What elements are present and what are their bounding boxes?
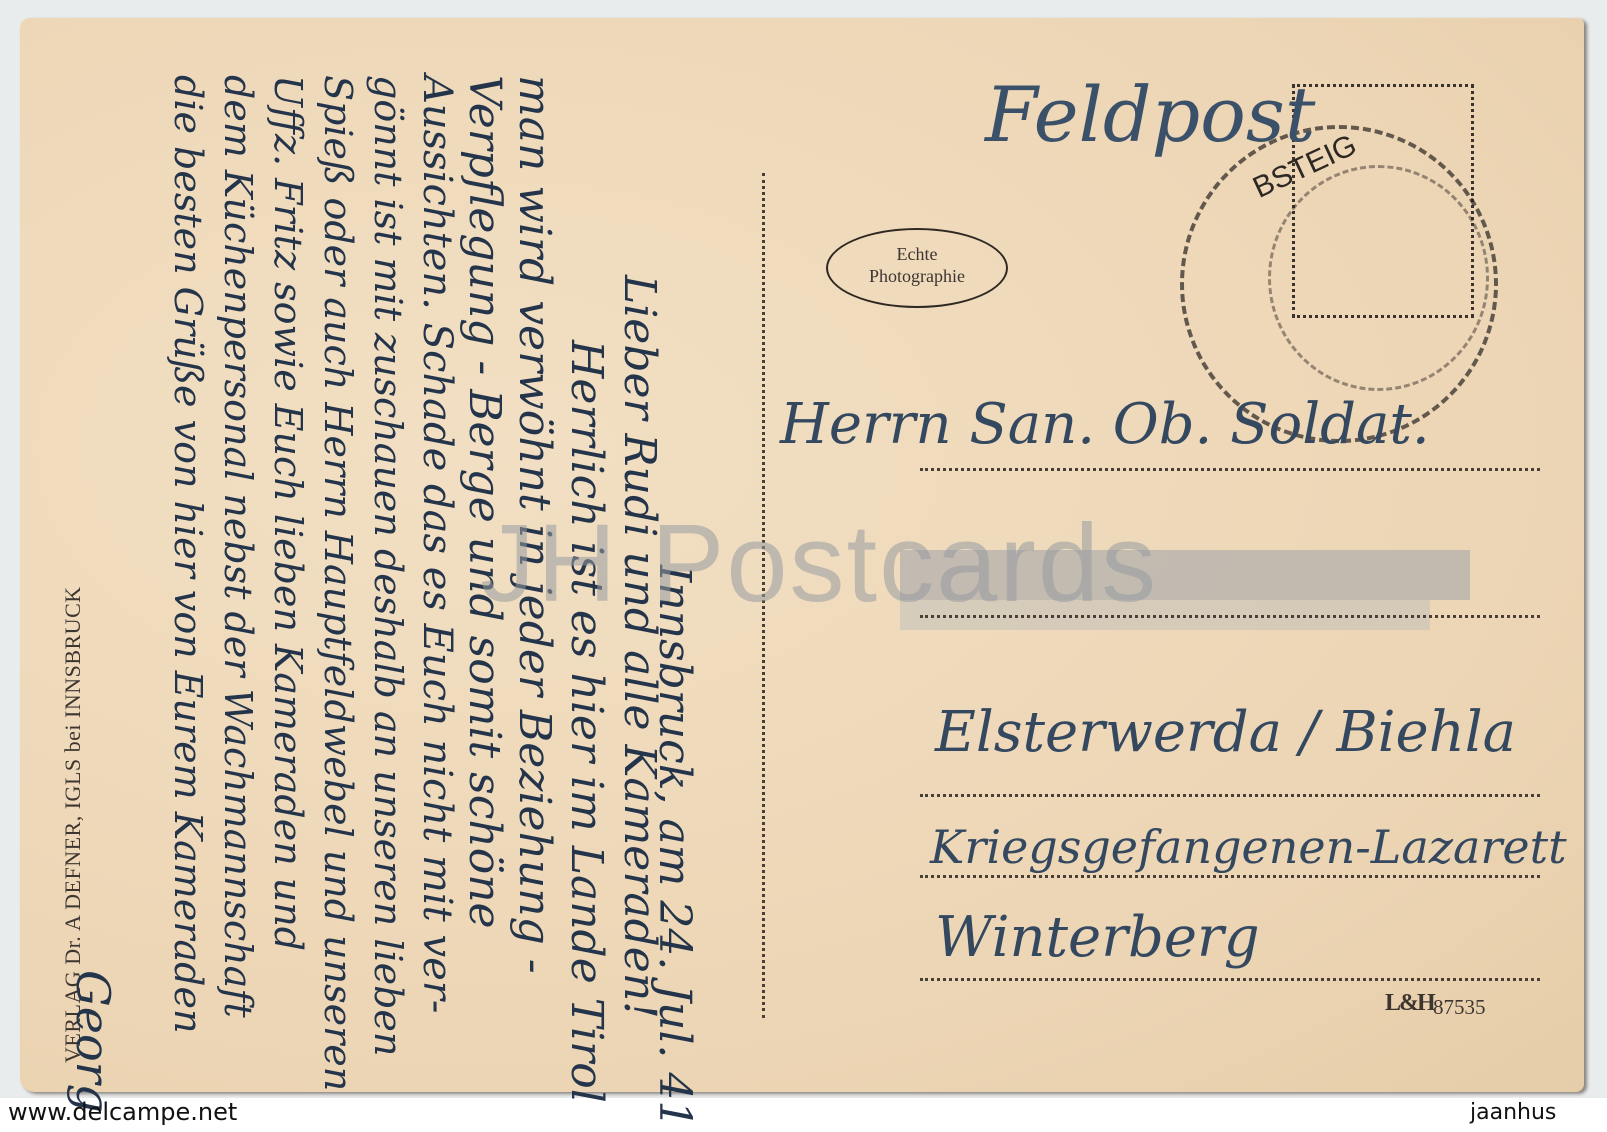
- message-signature: Georg: [66, 970, 120, 1113]
- photo-label-line-1: Echte: [828, 243, 1006, 265]
- address-institution: Kriegsgefangenen-Lazarett: [930, 820, 1567, 874]
- address-recipient: Herrn San. Ob. Soldat.: [780, 392, 1430, 457]
- message-line: Herrlich ist es hier im Lande Tirol: [561, 340, 612, 1103]
- site-credit: www.delcampe.net: [8, 1098, 237, 1126]
- message-line: Lieber Rudi und alle Kameraden!: [614, 275, 665, 1019]
- photo-label-oval: Echte Photographie: [826, 228, 1008, 308]
- watermark: JH Postcards: [480, 500, 1158, 627]
- address-city: Elsterwerda / Biehla: [935, 700, 1516, 765]
- message-line: Uffz. Fritz sowie Euch lieben Kameraden …: [266, 75, 310, 951]
- message-line: gönnt ist mit zuschauen deshalb an unser…: [366, 75, 410, 1056]
- message-line: Spieß oder auch Herrn Hauptfeldwebel und…: [316, 75, 360, 1091]
- address-line-4: [920, 875, 1540, 878]
- postmark-inner-ring: [1268, 165, 1489, 391]
- card-number: 87535: [1433, 995, 1486, 1020]
- message-line: die besten Grüße von hier von Eurem Kame…: [166, 75, 210, 1033]
- message-line: Aussichten. Schade das es Euch nicht mit…: [414, 75, 460, 1013]
- address-line-3: [920, 794, 1540, 797]
- feldpost-heading: Feldpost: [985, 70, 1315, 159]
- seller-credit: jaanhus: [1470, 1100, 1556, 1125]
- message-line: dem Küchenpersonal nebst der Wachmannsch…: [216, 75, 260, 1018]
- publisher-logo: L&H: [1385, 990, 1434, 1017]
- photo-label-line-2: Photographie: [828, 265, 1006, 287]
- address-line-5: [920, 978, 1540, 981]
- address-line-1: [920, 468, 1540, 471]
- address-town: Winterberg: [935, 905, 1260, 970]
